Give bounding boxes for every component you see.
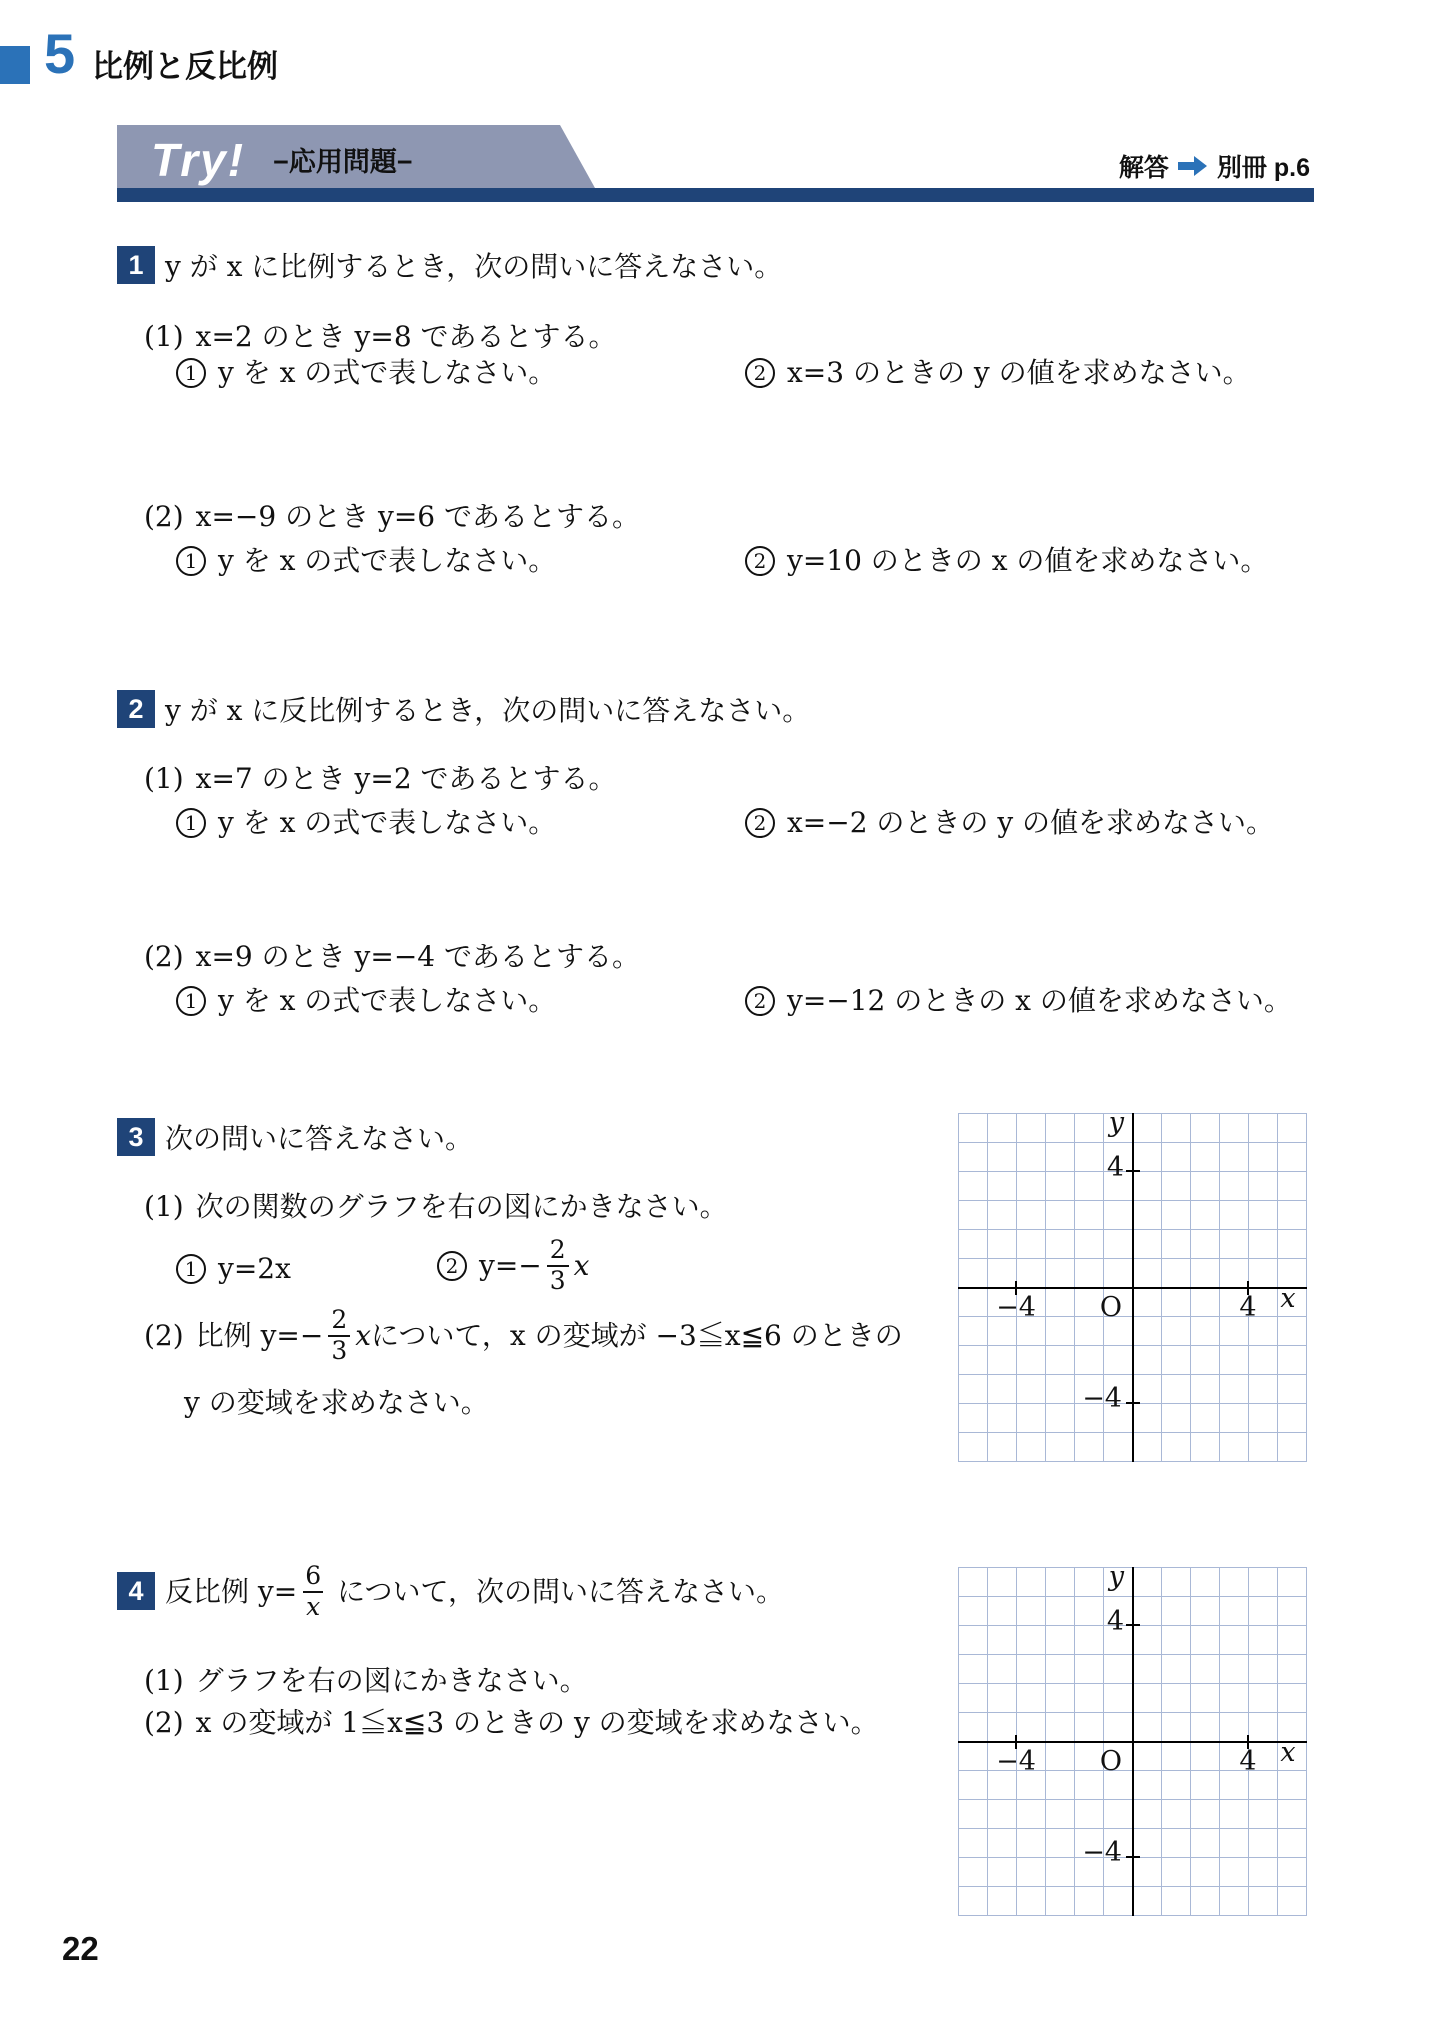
problem-2-part1: (1) x=7 のとき y=2 であるとする。	[144, 762, 617, 796]
fraction-numerator: 6	[302, 1562, 324, 1591]
try-label: Try!	[151, 140, 245, 181]
x-neg-tick-label: −4	[976, 1294, 1056, 1321]
title-suffix: について，次の問いに答えなさい。	[337, 1575, 784, 1609]
coordinate-grid-2: y 4 O −4 −4 4 x	[958, 1567, 1307, 1916]
problem-4-part2: (2) x の変域が 1≦x≦3 のときの y の変域を求めなさい。	[144, 1706, 879, 1740]
problem-1-title: y が x に比例するとき，次の問いに答えなさい。	[165, 250, 782, 284]
problem-1-part2: (2) x=−9 のとき y=6 であるとする。	[144, 500, 640, 534]
question-text: y を x の式で表しなさい。	[218, 984, 556, 1018]
y-tick-neg4	[1126, 1402, 1140, 1404]
origin-label: O	[1066, 1294, 1122, 1321]
fraction: 2 3	[328, 1306, 350, 1366]
part-condition: x=9 のとき y=−4 であるとする。	[196, 940, 640, 974]
y-pos-tick-label: 4	[1070, 1154, 1124, 1181]
part-condition: x=2 のとき y=8 であるとする。	[196, 320, 617, 354]
part-text: グラフを右の図にかきなさい。	[196, 1664, 588, 1698]
y-axis-label: y	[1078, 1563, 1124, 1590]
statement-prefix: 比例 y=−	[196, 1319, 324, 1353]
problem-3-title: 次の問いに答えなさい。	[165, 1122, 473, 1156]
problem-1-badge: 1	[117, 246, 155, 284]
worksheet-page: 5 比例と反比例 Try! −応用問題− 解答 別冊 p.6 1 y が x に…	[0, 0, 1434, 2024]
x-axis	[958, 1741, 1307, 1743]
problem-3-part1-q1: 1 y=2x	[176, 1252, 291, 1286]
x-neg-tick-label: −4	[976, 1748, 1056, 1775]
question-text: y=−12 のときの x の値を求めなさい。	[787, 984, 1292, 1018]
problem-1-part1-q2: 2 x=3 のときの y の値を求めなさい。	[745, 356, 1251, 390]
equation-suffix: x	[574, 1249, 590, 1283]
variable-x: x	[355, 1319, 371, 1353]
circled-number: 2	[745, 808, 775, 838]
question-text: y を x の式で表しなさい。	[218, 544, 556, 578]
fraction-numerator: 2	[547, 1236, 569, 1265]
origin-label: O	[1066, 1748, 1122, 1775]
fraction-denominator: 3	[328, 1335, 350, 1366]
unit-number: 5	[44, 26, 75, 82]
fraction: 2 3	[547, 1236, 569, 1296]
fraction-denominator: 3	[547, 1265, 569, 1296]
title-prefix: 反比例 y=	[165, 1575, 297, 1609]
problem-3-part2-line1: (2) 比例 y=− 2 3 x について，x の変域が −3≦x≦6 のときの	[144, 1304, 903, 1368]
problem-1-part2-q1: 1 y を x の式で表しなさい。	[176, 544, 556, 578]
problem-4-part1: (1) グラフを右の図にかきなさい。	[144, 1664, 588, 1698]
question-text: y を x の式で表しなさい。	[218, 806, 556, 840]
y-neg-tick-label: −4	[1054, 1839, 1122, 1866]
coordinate-grid-1: y 4 O −4 −4 4 x	[958, 1113, 1307, 1462]
problem-3-part1: (1) 次の関数のグラフを右の図にかきなさい。	[144, 1190, 728, 1224]
part-label: (2)	[144, 1706, 184, 1740]
fraction-denominator: x	[303, 1591, 323, 1622]
problem-2-part2: (2) x=9 のとき y=−4 であるとする。	[144, 940, 640, 974]
part-label: (2)	[144, 500, 184, 534]
problem-2-part1-q2: 2 x=−2 のときの y の値を求めなさい。	[745, 806, 1274, 840]
problem-4-title: 反比例 y= 6 x について，次の問いに答えなさい。	[165, 1560, 784, 1624]
circled-number: 1	[176, 986, 206, 1016]
part-label: (1)	[144, 1190, 184, 1224]
question-text: y=10 のときの x の値を求めなさい。	[787, 544, 1268, 578]
question-text: x=3 のときの y の値を求めなさい。	[787, 356, 1251, 390]
y-tick-pos4	[1126, 1170, 1140, 1172]
try-subtitle: −応用問題−	[273, 140, 413, 181]
question-text: x=−2 のときの y の値を求めなさい。	[787, 806, 1274, 840]
circled-number: 1	[176, 808, 206, 838]
question-text: y を x の式で表しなさい。	[218, 356, 556, 390]
answer-ref-page: 別冊 p.6	[1217, 148, 1310, 184]
part-label: (2)	[144, 1319, 184, 1353]
problem-2-title: y が x に反比例するとき，次の問いに答えなさい。	[165, 694, 810, 728]
corner-accent-square	[0, 46, 30, 84]
problem-2-part2-q1: 1 y を x の式で表しなさい。	[176, 984, 556, 1018]
circled-number: 2	[745, 358, 775, 388]
part-label: (1)	[144, 762, 184, 796]
x-axis-label: x	[1268, 1739, 1308, 1766]
problem-3-part1-q2: 2 y=− 2 3 x	[437, 1234, 589, 1298]
problem-4-badge: 4	[117, 1572, 155, 1610]
y-neg-tick-label: −4	[1054, 1385, 1122, 1412]
try-banner: Try! −応用問題−	[117, 125, 595, 188]
problem-1-part1: (1) x=2 のとき y=8 であるとする。	[144, 320, 617, 354]
fraction: 6 x	[302, 1562, 324, 1622]
part-label: (1)	[144, 320, 184, 354]
statement-suffix: について，x の変域が −3≦x≦6 のときの	[371, 1319, 903, 1353]
unit-title: 比例と反比例	[92, 50, 278, 84]
circled-number: 1	[176, 546, 206, 576]
x-axis-label: x	[1268, 1285, 1308, 1312]
circled-number: 2	[745, 986, 775, 1016]
part-text: 次の関数のグラフを右の図にかきなさい。	[196, 1190, 728, 1224]
fraction-numerator: 2	[328, 1306, 350, 1335]
problem-3-badge: 3	[117, 1118, 155, 1156]
part-label: (1)	[144, 1664, 184, 1698]
answer-label: 解答	[1119, 148, 1169, 184]
equation: y=2x	[218, 1252, 291, 1286]
problem-3-part2-line2: y の変域を求めなさい。	[184, 1386, 489, 1420]
y-tick-pos4	[1126, 1624, 1140, 1626]
y-pos-tick-label: 4	[1070, 1608, 1124, 1635]
problem-2-part1-q1: 1 y を x の式で表しなさい。	[176, 806, 556, 840]
part-condition: x=−9 のとき y=6 であるとする。	[196, 500, 640, 534]
y-axis-label: y	[1078, 1109, 1124, 1136]
part-label: (2)	[144, 940, 184, 974]
page-number: 22	[62, 1930, 99, 1968]
problem-1-part2-q2: 2 y=10 のときの x の値を求めなさい。	[745, 544, 1268, 578]
x-axis	[958, 1287, 1307, 1289]
circled-number: 2	[745, 546, 775, 576]
circled-number: 1	[176, 1254, 206, 1284]
part-condition: x=7 のとき y=2 であるとする。	[196, 762, 617, 796]
part-text: x の変域が 1≦x≦3 のときの y の変域を求めなさい。	[196, 1706, 879, 1740]
circled-number: 1	[176, 358, 206, 388]
problem-2-badge: 2	[117, 690, 155, 728]
right-arrow-icon	[1178, 155, 1208, 177]
y-tick-neg4	[1126, 1856, 1140, 1858]
problem-2-part2-q2: 2 y=−12 のときの x の値を求めなさい。	[745, 984, 1292, 1018]
header-rule-bar	[117, 188, 1314, 202]
equation-prefix: y=−	[479, 1249, 542, 1283]
answer-reference: 解答 別冊 p.6	[1119, 148, 1310, 184]
problem-1-part1-q1: 1 y を x の式で表しなさい。	[176, 356, 556, 390]
circled-number: 2	[437, 1251, 467, 1281]
